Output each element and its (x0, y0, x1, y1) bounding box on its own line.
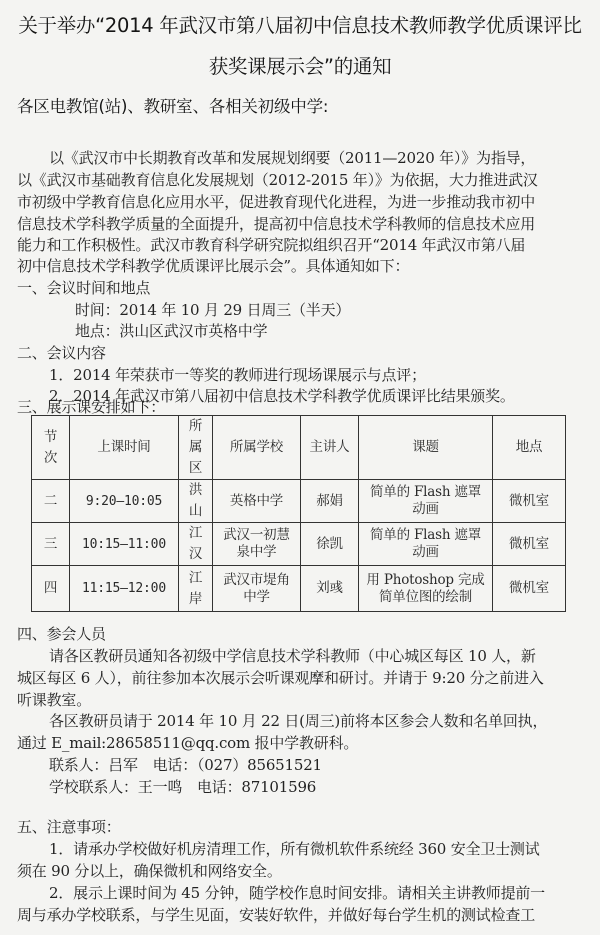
speaker-cell: 徐凯 (301, 523, 359, 566)
table-row: 二 9:20—10:05 洪山 英格中学 郝娟 简单的 Flash 遮罩动画 微… (32, 480, 566, 523)
district-cell: 江汉 (179, 523, 213, 566)
topic-cell: 用 Photoshop 完成简单位图的绘制 (359, 566, 493, 612)
notice-document: 关于举办“2014 年武汉市第八届初中信息技术教师教学优质课评比 获奖课展示会”… (0, 0, 600, 935)
header-cell: 主讲人 (301, 416, 359, 480)
table-header-row: 节次 上课时间 所属区 所属学校 主讲人 课题 地点 (32, 416, 566, 480)
time-cell: 9:20—10:05 (70, 480, 179, 523)
schedule-table: 节次 上课时间 所属区 所属学校 主讲人 课题 地点 二 9:20—10:05 … (31, 415, 566, 612)
section-2-heading: 二、会议内容 (17, 343, 106, 363)
header-cell: 所属学校 (213, 416, 301, 480)
school-contact-person: 学校联系人：王一鸣 电话：87101596 (49, 777, 316, 797)
session-cell: 二 (32, 480, 70, 523)
header-cell: 课题 (359, 416, 493, 480)
table-row: 三 10:15—11:00 江汉 武汉一初慧泉中学 徐凯 简单的 Flash 遮… (32, 523, 566, 566)
section-5-heading: 五、注意事项： (17, 817, 121, 837)
intro-line: 市初级中学教育信息化应用水平，促进教育现代化进程，为进一步推动我市初中 (17, 192, 535, 212)
note-line: 1．请承办学校做好机房清理工作，所有微机软件系统经 360 安全卫士测试 (49, 839, 540, 859)
note-line: 周与承办学校联系，与学生见面，安装好软件，并做好每台学生机的测试检查工 (17, 905, 535, 925)
session-cell: 四 (32, 566, 70, 612)
agenda-item: 1．2014 年荣获市一等奖的教师进行现场课展示与点评； (49, 365, 426, 385)
intro-line: 以《武汉市中长期教育改革和发展规划纲要（2011—2020 年）》为指导， (49, 148, 535, 168)
topic-cell: 简单的 Flash 遮罩动画 (359, 480, 493, 523)
district-cell: 洪山 (179, 480, 213, 523)
header-cell: 上课时间 (70, 416, 179, 480)
note-line: 2．展示上课时间为 45 分钟，随学校作息时间安排。请相关主讲教师提前一 (49, 883, 545, 903)
attendees-line: 城区每区 6 人），前往参加本次展示会听课观摩和研讨。并请于 9:20 分之前进… (17, 668, 544, 688)
header-cell: 所属区 (179, 416, 213, 480)
section-3-heading: 三、展示课安排如下： (17, 397, 165, 417)
location-cell: 微机室 (493, 566, 566, 612)
attendees-line: 听课教室。 (17, 690, 91, 710)
section-4-heading: 四、参会人员 (17, 624, 106, 644)
title-line-2: 获奖课展示会”的通知 (0, 51, 600, 79)
reply-line: 各区教研员请于 2014 年 10 月 22 日(周三)前将本区参会人数和名单回… (49, 711, 547, 731)
contact-person: 联系人：吕军 电话：（027）85651521 (49, 755, 322, 775)
time-cell: 10:15—11:00 (70, 523, 179, 566)
header-cell: 节次 (32, 416, 70, 480)
time-cell: 11:15—12:00 (70, 566, 179, 612)
meeting-time: 时间：2014 年 10 月 29 日周三（半天） (75, 300, 350, 320)
district-cell: 江岸 (179, 566, 213, 612)
school-cell: 英格中学 (213, 480, 301, 523)
topic-cell: 简单的 Flash 遮罩动画 (359, 523, 493, 566)
school-cell: 武汉一初慧泉中学 (213, 523, 301, 566)
section-1-heading: 一、会议时间和地点 (17, 278, 150, 298)
school-cell: 武汉市堤角中学 (213, 566, 301, 612)
speaker-cell: 郝娟 (301, 480, 359, 523)
intro-line: 信息技术学科教学质量的全面提升，提高初中信息技术学科教师的信息技术应用 (17, 214, 535, 234)
speaker-cell: 刘彧 (301, 566, 359, 612)
note-line: 须在 90 分以上，确保微机和网络安全。 (17, 861, 282, 881)
attendees-line: 请各区教研员通知各初级中学信息技术学科教师（中心城区每区 10 人，新 (49, 646, 536, 666)
reply-line: 通过 E_mail:28658511@qq.com 报中学教研科。 (17, 733, 358, 753)
meeting-place: 地点：洪山区武汉市英格中学 (75, 321, 267, 341)
location-cell: 微机室 (493, 480, 566, 523)
intro-line: 以《武汉市基础教育信息化发展规划（2012-2015 年）》为依据，大力推进武汉 (17, 170, 538, 190)
session-cell: 三 (32, 523, 70, 566)
intro-line: 初中信息技术学科教学优质课评比展示会”。具体通知如下： (17, 256, 409, 276)
intro-line: 能力和工作积极性。武汉市教育科学研究院拟组织召开“2014 年武汉市第八届 (17, 235, 525, 255)
header-cell: 地点 (493, 416, 566, 480)
title-line-1: 关于举办“2014 年武汉市第八届初中信息技术教师教学优质课评比 (0, 10, 600, 38)
addressee: 各区电教馆(站)、教研室、各相关初级中学: (17, 97, 328, 117)
table-row: 四 11:15—12:00 江岸 武汉市堤角中学 刘彧 用 Photoshop … (32, 566, 566, 612)
location-cell: 微机室 (493, 523, 566, 566)
